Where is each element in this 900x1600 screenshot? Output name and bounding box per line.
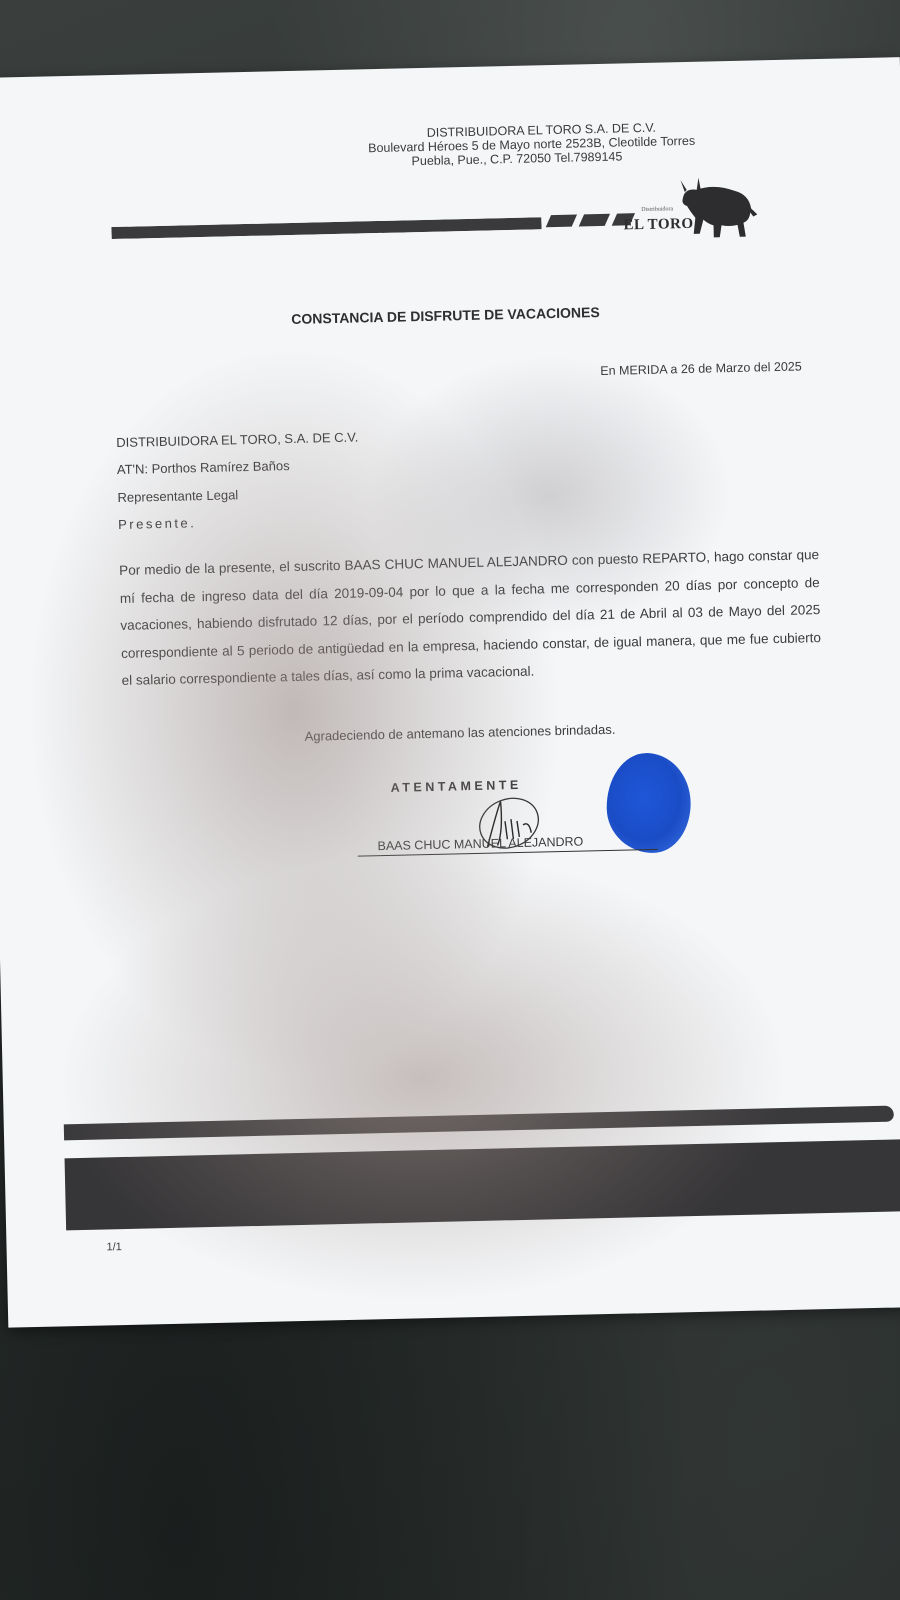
header-dash [579,214,610,227]
page-number: 1/1 [106,1241,122,1253]
closing-thanks: Agradeciendo de antemano las atenciones … [0,715,900,751]
recipient-greeting: Presente. [118,515,196,532]
document-title: CONSTANCIA DE DISFRUTE DE VACACIONES [0,297,900,334]
document-page: DISTRIBUIDORA EL TORO S.A. DE C.V. Boule… [0,57,900,1328]
thumbprint [605,752,691,854]
closing-label: ATENTAMENTE [0,769,900,804]
recipient-role: Representante Legal [117,487,238,505]
place-date: En MERIDA a 26 de Marzo del 2025 [600,359,802,378]
recipient-company: DISTRIBUIDORA EL TORO, S.A. DE C.V. [116,430,358,450]
header-bar [111,217,541,239]
footer-bar-thick [65,1139,900,1230]
footer-bar-thin [64,1106,894,1141]
recipient-attention: AT'N: Porthos Ramírez Baños [117,458,290,477]
logo-tagline-top: Distribuidora [641,206,673,213]
logo-brand: EL TORO [623,216,693,235]
company-logo: Distribuidora EL TORO [622,168,764,251]
body-paragraph: Por medio de la presente, el suscrito BA… [119,541,822,694]
header-dash [546,214,577,227]
